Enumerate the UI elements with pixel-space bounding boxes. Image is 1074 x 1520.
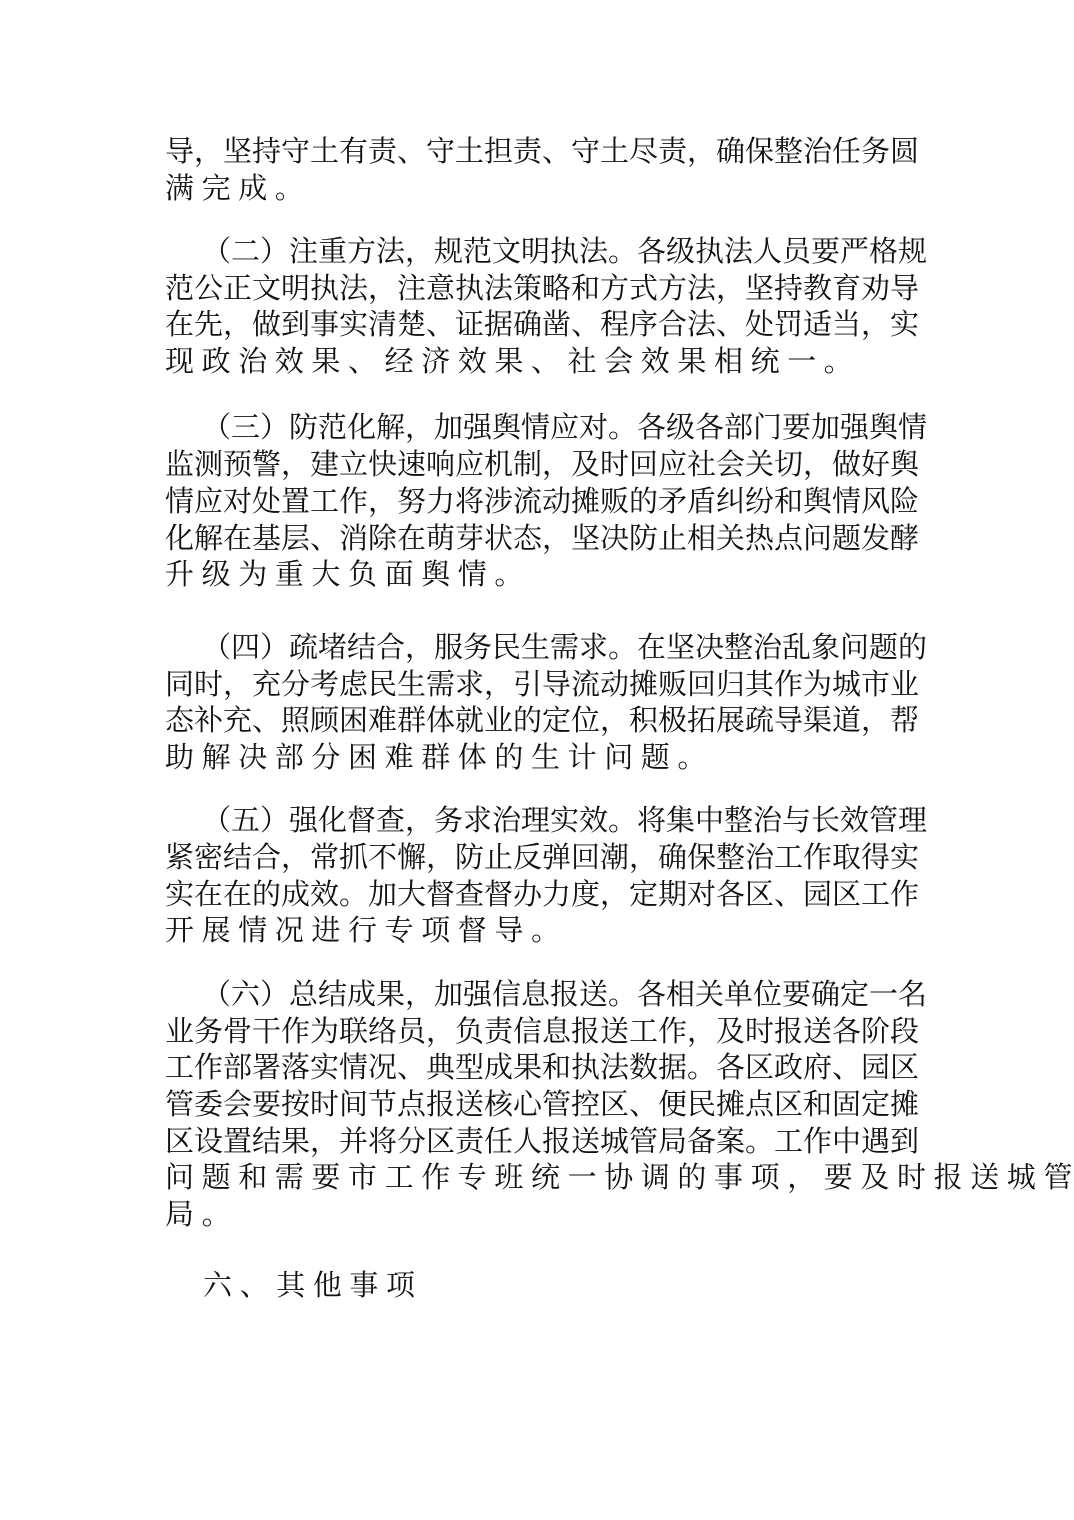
text-line: 问题和需要市工作专班统一协调的事项，要及时报送城管: [165, 1160, 897, 1194]
text-line: 开展情况进行专项督导。: [165, 913, 897, 947]
text-line-first: （四）疏堵结合，服务民生需求。在坚决整治乱象问题的: [202, 630, 897, 664]
text-line: 现政治效果、经济效果、社会效果相统一。: [165, 344, 897, 378]
text-line: 在先，做到事实清楚、证据确凿、程序合法、处罚适当，实: [165, 307, 897, 341]
document-page: 导，坚持守土有责、守土担责、守土尽责，确保整治任务圆 满完成。 （二）注重方法，…: [0, 0, 1074, 1520]
text-line: 升级为重大负面舆情。: [165, 557, 897, 591]
text-line: 监测预警，建立快速响应机制，及时回应社会关切，做好舆: [165, 447, 897, 481]
text-line: 区设置结果，并将分区责任人报送城管局备案。工作中遇到: [165, 1124, 897, 1158]
text-line: 助解决部分困难群体的生计问题。: [165, 740, 897, 774]
text-line: 满完成。: [165, 171, 897, 205]
text-line: 范公正文明执法，注意执法策略和方式方法，坚持教育劝导: [165, 271, 897, 305]
text-line: 化解在基层、消除在萌芽状态，坚决防止相关热点问题发酵: [165, 521, 897, 555]
text-line: 导，坚持守土有责、守土担责、守土尽责，确保整治任务圆: [165, 134, 897, 168]
text-line: 情应对处置工作，努力将涉流动摊贩的矛盾纠纷和舆情风险: [165, 484, 897, 518]
text-line: 业务骨干作为联络员，负责信息报送工作，及时报送各阶段: [165, 1014, 897, 1048]
text-line: 同时，充分考虑民生需求，引导流动摊贩回归其作为城市业: [165, 667, 897, 701]
text-line: 工作部署落实情况、典型成果和执法数据。各区政府、园区: [165, 1050, 897, 1084]
text-line: 紧密结合，常抓不懈，防止反弹回潮，确保整治工作取得实: [165, 840, 897, 874]
text-line-first: （五）强化督查，务求治理实效。将集中整治与长效管理: [202, 803, 897, 837]
text-line: 局。: [165, 1197, 897, 1231]
section-heading-other-matters: 六、其他事项: [203, 1268, 423, 1302]
text-line-first: （六）总结成果，加强信息报送。各相关单位要确定一名: [202, 977, 897, 1011]
text-line: 管委会要按时间节点报送核心管控区、便民摊点区和固定摊: [165, 1087, 897, 1121]
text-line: 态补充、照顾困难群体就业的定位，积极拓展疏导渠道，帮: [165, 703, 897, 737]
text-line-first: （二）注重方法，规范文明执法。各级执法人员要严格规: [202, 234, 897, 268]
text-line: 实在在的成效。加大督查督办力度，定期对各区、园区工作: [165, 877, 897, 911]
text-line-first: （三）防范化解，加强舆情应对。各级各部门要加强舆情: [202, 410, 897, 444]
